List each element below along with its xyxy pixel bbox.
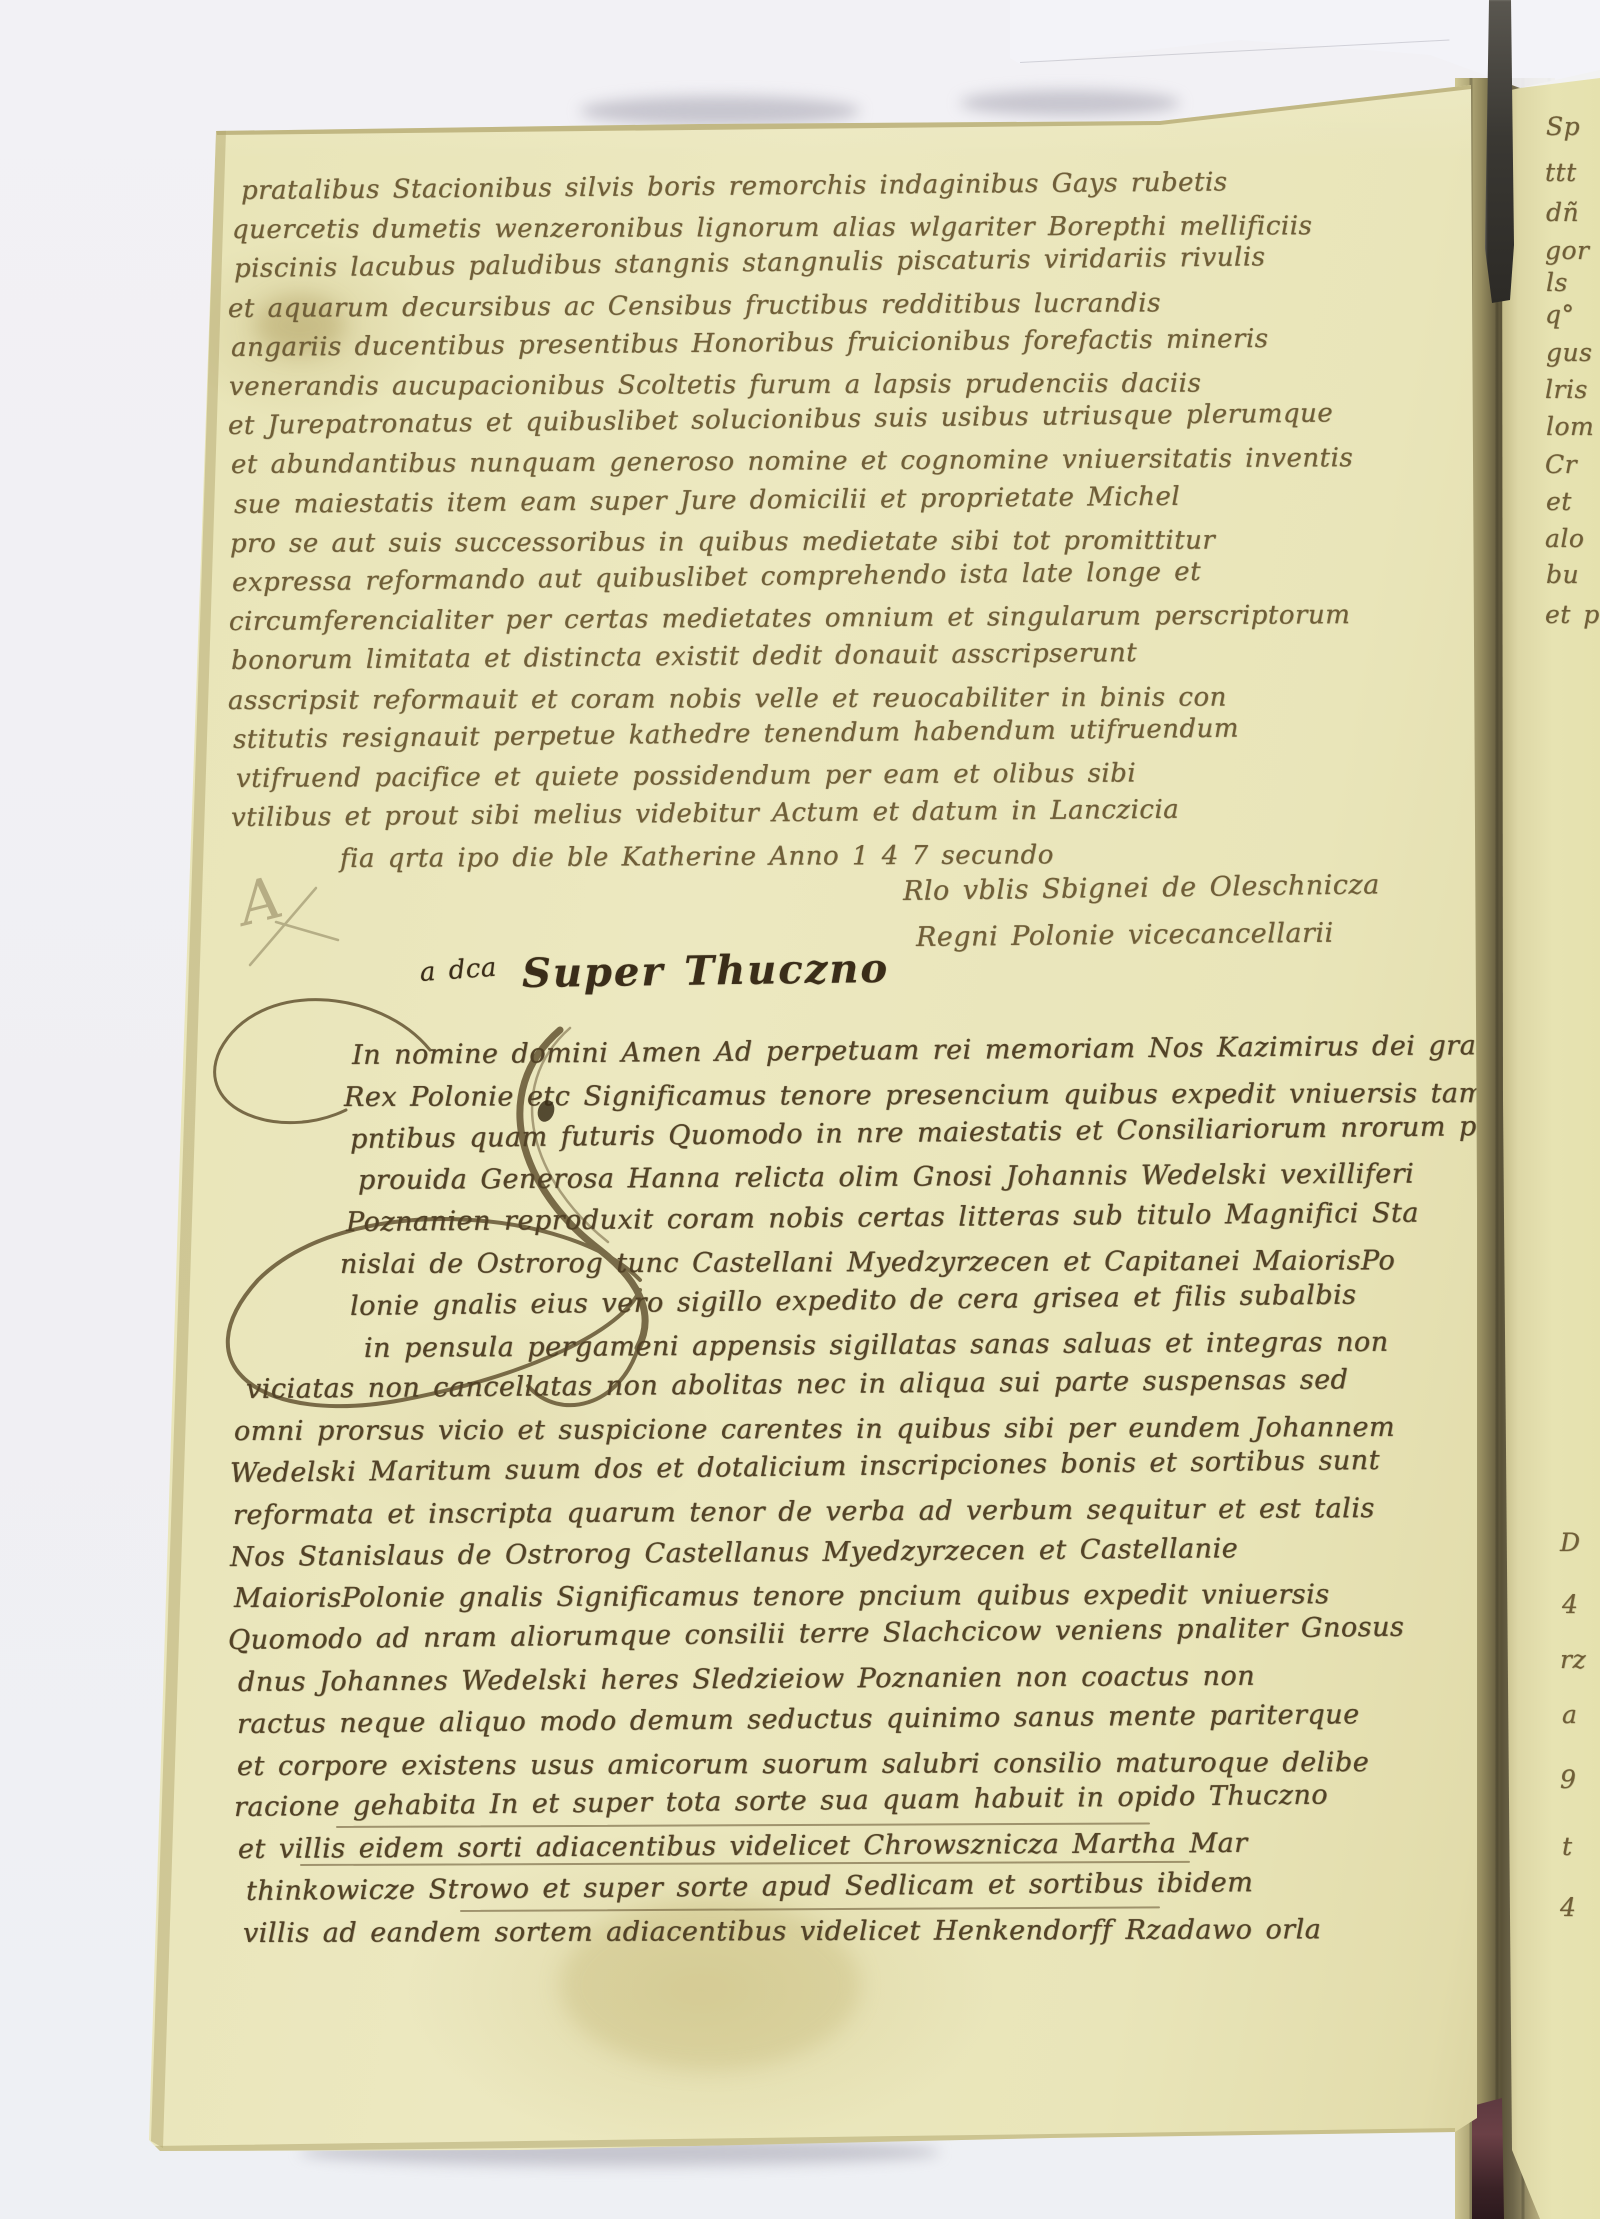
manuscript-line: piscinis lacubus paludibus stangnis stan… [234,242,1266,284]
facing-page-line-fragment: q° [1545,300,1575,329]
facing-page-line-fragment: 4 [1560,1893,1576,1922]
facing-page-line-fragment: a [1562,1700,1577,1729]
manuscript-line: asscripsit reformauit et coram nobis vel… [228,683,1227,716]
manuscript-line: in pensula pergameni appensis sigillatas… [364,1327,1389,1364]
manuscript-line: bonorum limitata et distincta existit de… [231,638,1137,676]
manuscript-line: racione gehabita In et super tota sorte … [234,1780,1328,1823]
facing-page-line-fragment: et p [1545,600,1600,629]
manuscript-line: angariis ducentibus presentibus Honoribu… [231,324,1269,363]
facing-page: Sptttdñgorlsq°guslrislomCretalobuet pD4r… [1495,0,1600,2219]
facing-page-line-fragment: t [1562,1832,1573,1861]
facing-page-line-fragment: D [1560,1528,1581,1557]
binding-strap-top [1484,0,1514,306]
manuscript-line: pro se aut suis successoribus in quibus … [230,526,1215,559]
manuscript-line: nislai de Ostrorog tunc Castellani Myedz… [340,1245,1395,1280]
facing-page-line-fragment: 9 [1560,1765,1576,1794]
manuscript-line: dnus Johannes Wedelski heres Sledzieiow … [238,1661,1255,1698]
manuscript-line: pratalibus Stacionibus silvis boris remo… [241,167,1228,206]
manuscript-line: sue maiestatis item eam super Jure domic… [234,482,1180,520]
facing-page-line-fragment: ttt [1545,158,1577,187]
manuscript-line: MaiorisPolonie gnalis Significamus tenor… [234,1579,1330,1614]
facing-page-line-fragment: Sp [1546,112,1580,141]
manuscript-line: venerandis aucupacionibus Scoltetis furu… [229,369,1201,402]
backsheet-shadow [580,96,860,126]
manuscript-scan: { "manuscript": { "heading": { "annotati… [0,0,1600,2219]
facing-page-line-fragment: alo [1545,524,1584,553]
manuscript-line: Quomodo ad nram aliorumque consilii terr… [228,1612,1405,1656]
facing-page-line-fragment: bu [1546,560,1579,589]
manuscript-line: thinkowicze Strowo et super sorte apud S… [246,1867,1254,1907]
manuscript-line: ractus neque aliquo modo demum seductus … [237,1699,1360,1740]
facing-page-line-fragment: ls [1546,268,1568,297]
manuscript-line: Nos Stanislaus de Ostrorog Castellanus M… [230,1533,1238,1573]
facing-page-line-fragment: et [1546,487,1572,516]
manuscript-line: expressa reformando aut quibuslibet comp… [232,557,1201,598]
manuscript-line: quercetis dumetis wenzeronibus lignorum … [232,211,1312,245]
manuscript-line: Rex Polonie etc Significamus tenore pres… [344,1078,1485,1113]
manuscript-line: circumferencialiter per certas medietate… [229,600,1350,637]
manuscript-line: prouida Generosa Hanna relicta olim Gnos… [358,1159,1414,1196]
ink-underline [460,1906,1160,1912]
manuscript-line: et aquarum decursibus ac Censibus fructi… [228,288,1161,324]
ink-underline [336,1822,1150,1828]
facing-page-line-fragment: gus [1546,338,1592,367]
manuscript-line: omni prorsus vicio et suspicione carente… [234,1412,1395,1447]
facing-page-line-fragment: Cr [1545,450,1577,479]
facing-page-line-fragment: 4 [1562,1590,1578,1619]
manuscript-line: vtifruend pacifice et quiete possidendum… [236,759,1136,794]
facing-page-line-fragment: gor [1545,236,1590,265]
manuscript-line: et Jurepatronatus et quibuslibet solucio… [228,398,1334,441]
manuscript-line: et corpore existens usus amicorum suorum… [237,1747,1369,1782]
manuscript-line: stitutis resignauit perpetue kathedre te… [233,714,1239,755]
signature-line: Regni Polonie vicecancellarii [916,918,1334,953]
facing-page-line-fragment: lom [1546,412,1594,441]
manuscript-line: reformata et inscripta quarum tenor de v… [233,1493,1375,1531]
manuscript-line: et villis eidem sorti adiacentibus videl… [238,1828,1248,1865]
facing-page-line-fragment: dñ [1546,198,1579,227]
manuscript-page: pratalibus Stacionibus silvis boris remo… [0,0,1600,2219]
manuscript-line: et abundantibus nunquam generoso nomine … [231,443,1353,480]
facing-page-line-fragment: rz [1560,1645,1586,1674]
manuscript-line: Wedelski Maritum suum dos et dotalicium … [230,1445,1380,1489]
facing-page-line-fragment: lris [1545,375,1588,404]
backsheet-shadow [960,90,1180,116]
manuscript-line: villis ad eandem sortem adiacentibus vid… [243,1914,1321,1949]
manuscript-line: vtilibus et prout sibi melius videbitur … [231,795,1179,833]
signature-line: Rlo vblis Sbignei de Oleschnicza [903,869,1380,907]
